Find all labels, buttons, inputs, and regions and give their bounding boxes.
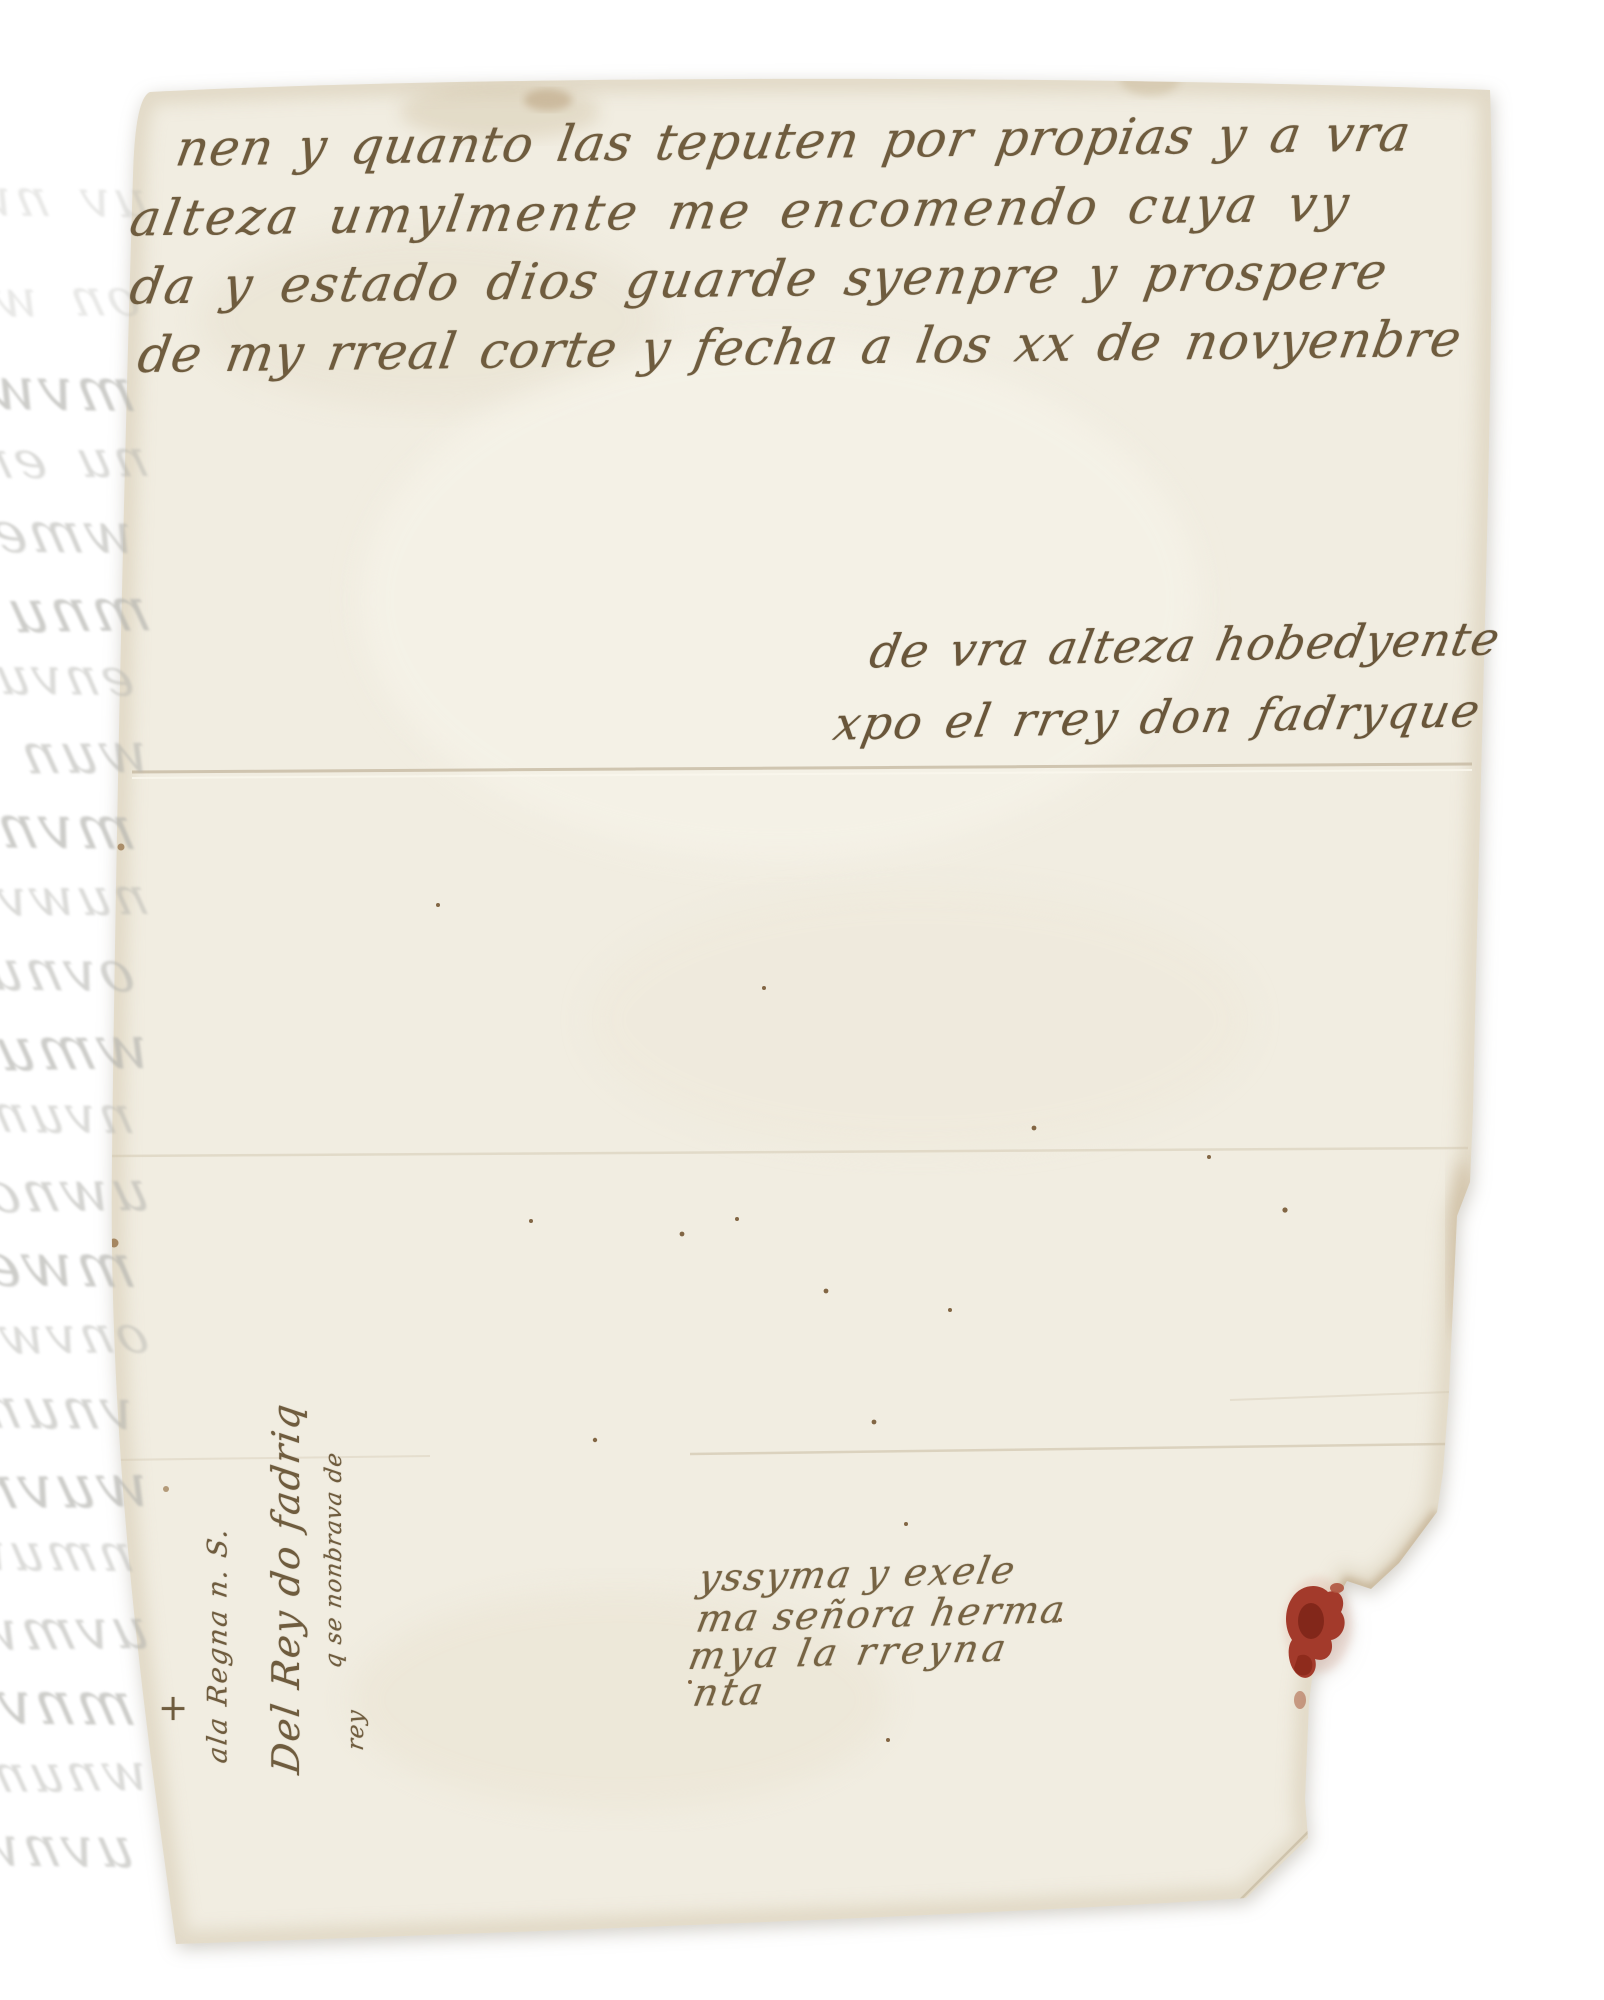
paper-mottle bbox=[350, 1590, 890, 1810]
paper-sheet bbox=[0, 0, 1604, 2000]
paper-mottle bbox=[590, 890, 1250, 1150]
letter-photograph: uv nwm envu mwon wnve munv owm emvw unm … bbox=[0, 0, 1604, 2000]
paper-highlight bbox=[360, 340, 1200, 860]
